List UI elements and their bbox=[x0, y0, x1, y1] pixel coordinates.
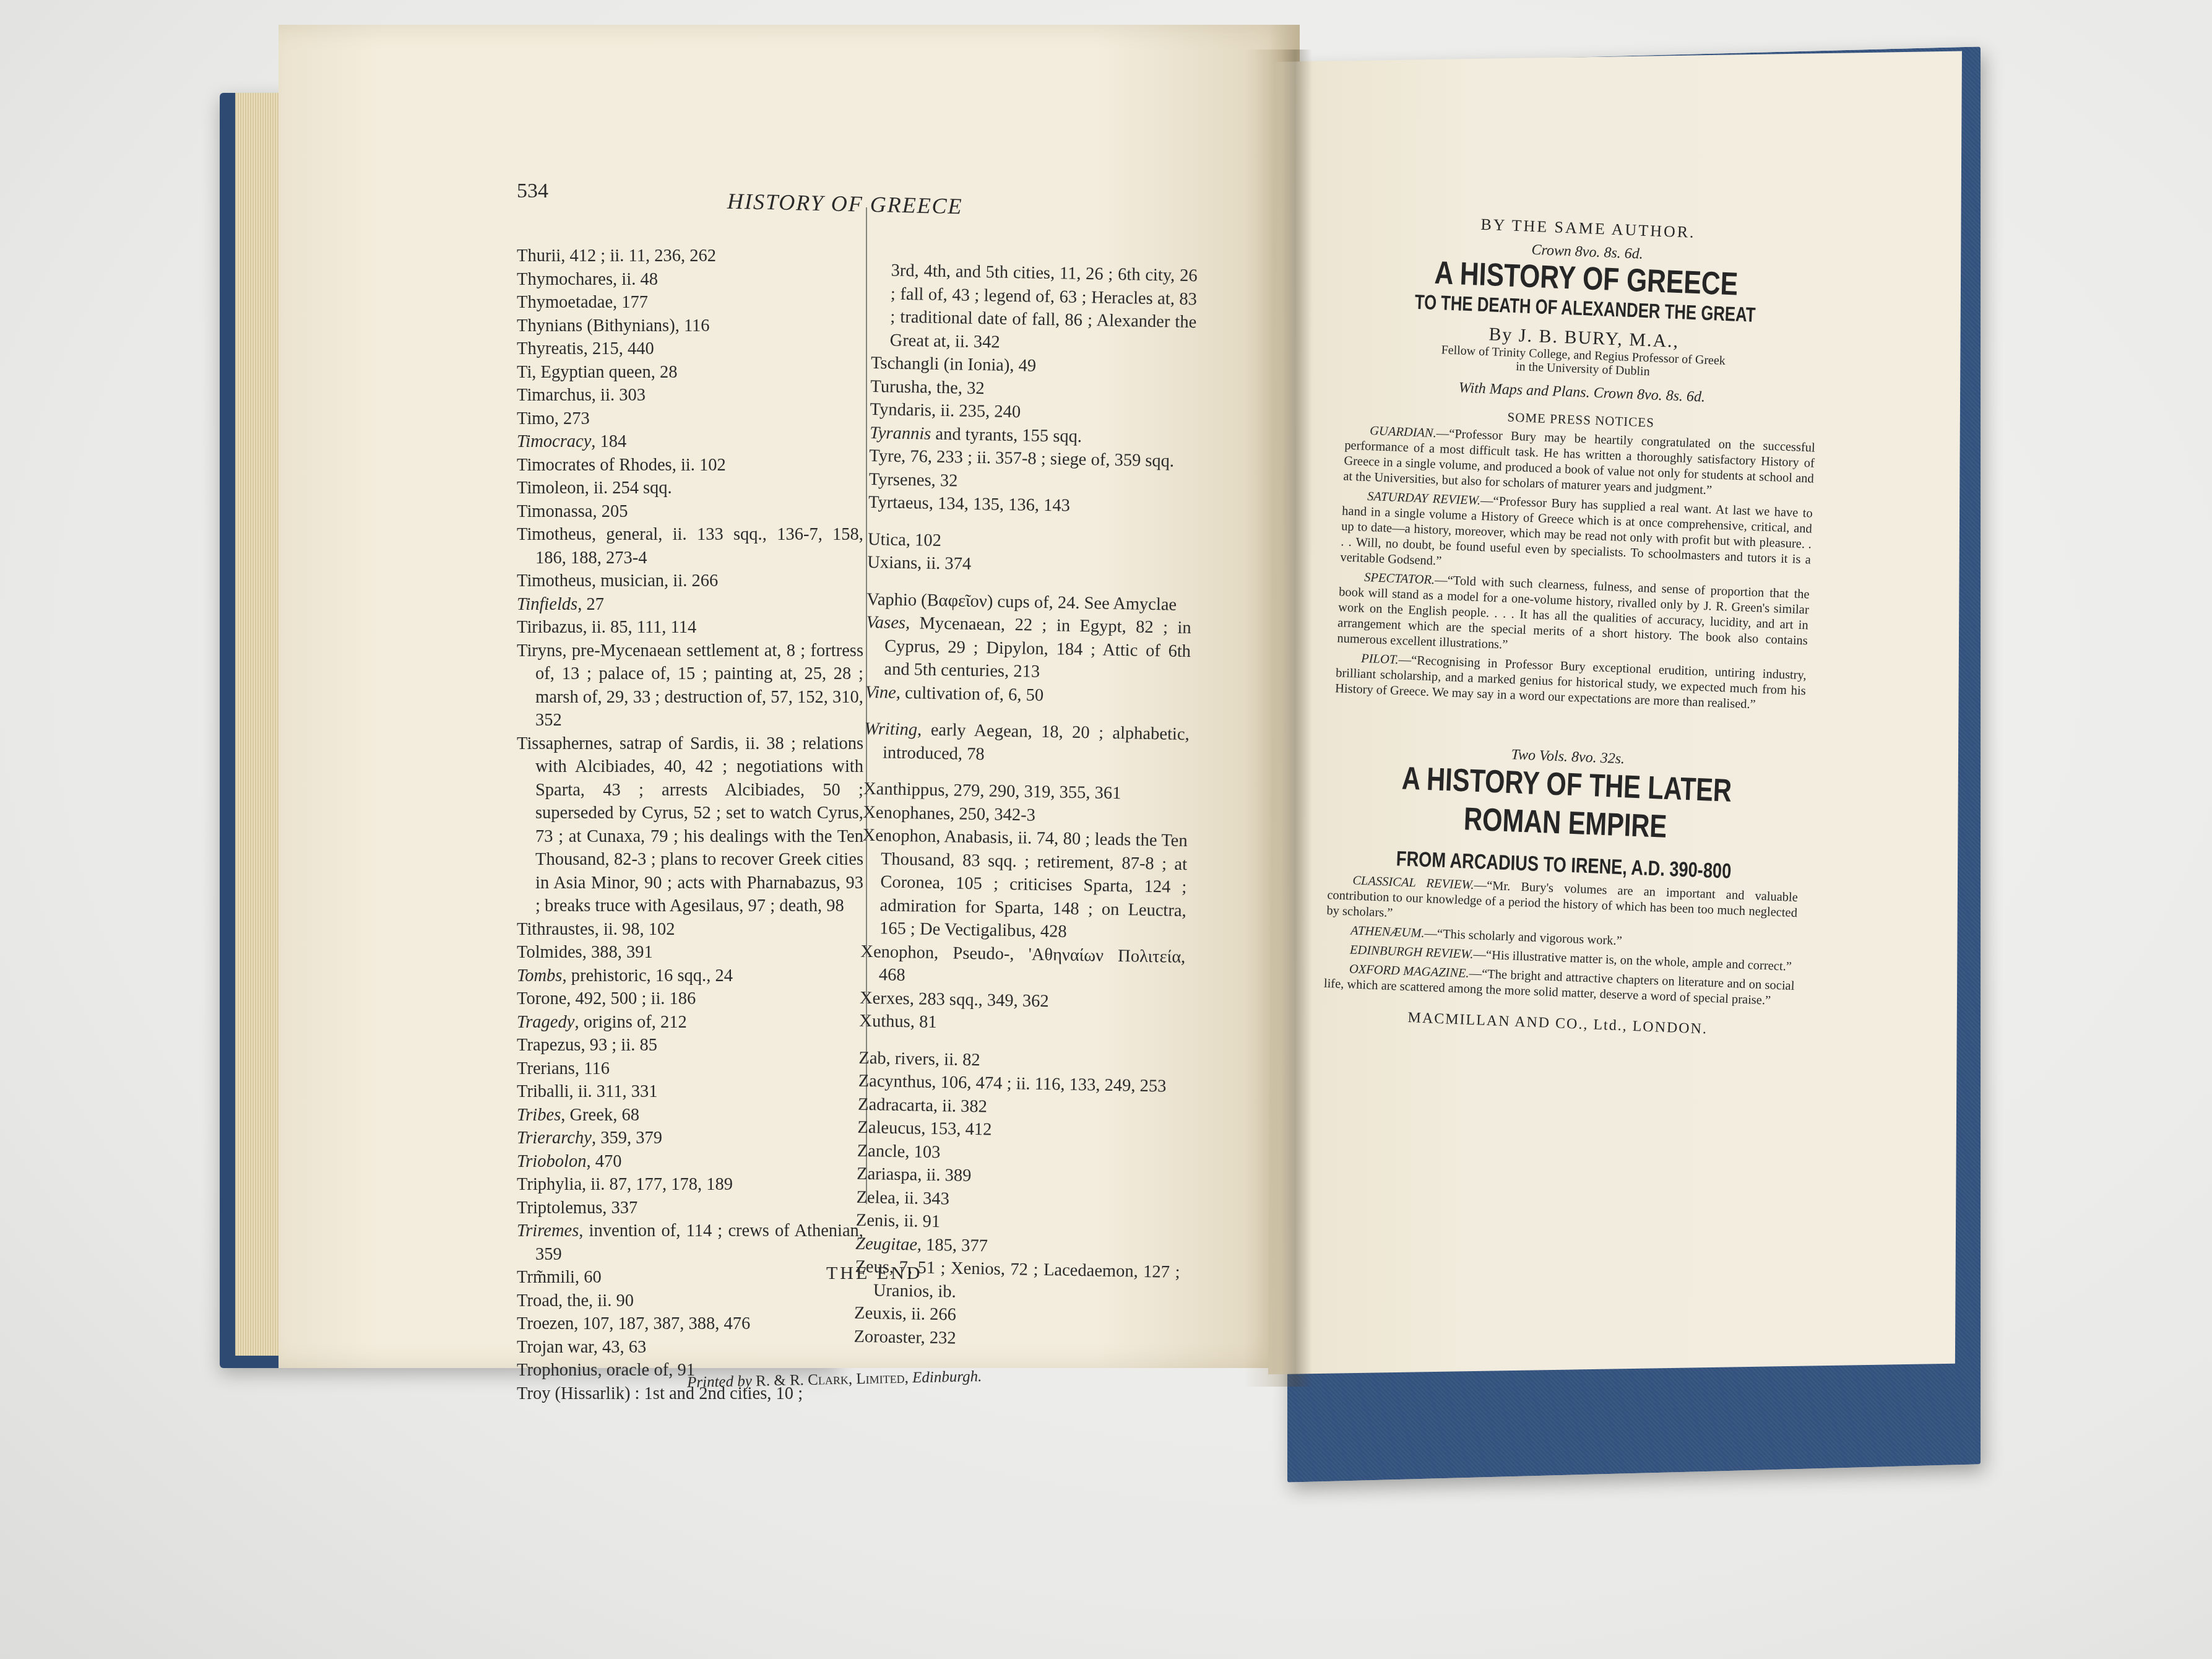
index-entry: Timocrates of Rhodes, ii. 102 bbox=[517, 454, 863, 477]
index-refs: , early Aegean, 18, 20 ; alphabetic, int… bbox=[883, 720, 1190, 763]
index-entry: Tolmides, 388, 391 bbox=[517, 941, 863, 964]
index-refs: , 359, 379 bbox=[592, 1128, 662, 1148]
index-refs: Timonassa, 205 bbox=[517, 502, 628, 521]
index-entry: Tragedy, origins of, 212 bbox=[517, 1011, 863, 1034]
index-entry: Torone, 492, 500 ; ii. 186 bbox=[517, 987, 863, 1011]
index-entry: Timoleon, ii. 254 sqq. bbox=[517, 477, 863, 500]
index-entry: Thurii, 412 ; ii. 11, 236, 262 bbox=[517, 245, 863, 268]
index-refs: Xerxes, 283 sqq., 349, 362 bbox=[860, 988, 1049, 1010]
index-entry: Uxians, ii. 374 bbox=[867, 551, 1193, 580]
notice-quote: —“Professor Bury has supplied a real wan… bbox=[1340, 494, 1813, 568]
notice-source: SPECTATOR. bbox=[1339, 570, 1435, 587]
index-refs: Trerians, 116 bbox=[517, 1059, 610, 1078]
index-refs: Troezen, 107, 187, 387, 388, 476 bbox=[517, 1314, 750, 1333]
index-entry: Triphylia, ii. 87, 177, 178, 189 bbox=[517, 1173, 863, 1197]
index-term: Writing bbox=[864, 719, 917, 739]
index-refs: Timotheus, musician, ii. 266 bbox=[517, 571, 718, 591]
index-refs: Tschangli (in Ionia), 49 bbox=[871, 353, 1037, 376]
index-term: Triobolon bbox=[517, 1152, 586, 1171]
index-term: Vine bbox=[865, 682, 897, 702]
running-head: 534 HISTORY OF GREECE bbox=[517, 180, 1309, 217]
page-edges bbox=[235, 93, 279, 1356]
index-refs: Ti, Egyptian queen, 28 bbox=[517, 363, 677, 382]
index-refs: Xanthippus, 279, 290, 319, 355, 361 bbox=[863, 779, 1121, 803]
index-refs: Zariaspa, ii. 389 bbox=[857, 1164, 972, 1185]
index-column-left: Thurii, 412 ; ii. 11, 236, 262Thymochare… bbox=[517, 245, 863, 1405]
index-refs: Triballi, ii. 311, 331 bbox=[517, 1082, 658, 1101]
index-entry: Triremes, invention of, 114 ; crews of A… bbox=[517, 1219, 863, 1266]
index-entry: Trerians, 116 bbox=[517, 1057, 863, 1081]
notice-source: PILOT. bbox=[1336, 651, 1399, 667]
index-refs: Trm̃mili, 60 bbox=[517, 1268, 602, 1287]
index-refs: Triptolemus, 337 bbox=[517, 1198, 637, 1218]
index-entry: Tissaphernes, satrap of Sardis, ii. 38 ;… bbox=[517, 732, 863, 918]
press-notice: SATURDAY REVIEW.—“Professor Bury has sup… bbox=[1340, 488, 1813, 583]
index-entry: Thymochares, ii. 48 bbox=[517, 268, 863, 292]
index-refs: 3rd, 4th, and 5th cities, 11, 26 ; 6th c… bbox=[889, 261, 1197, 352]
index-refs: , Greek, 68 bbox=[561, 1106, 639, 1125]
index-refs: Utica, 102 bbox=[868, 529, 941, 550]
index-refs: Tyrsenes, 32 bbox=[869, 469, 958, 490]
index-entry: Tiryns, pre-Mycenaean settlement at, 8 ;… bbox=[517, 639, 863, 732]
book-gutter bbox=[1244, 50, 1312, 1387]
index-entry: Ti, Egyptian queen, 28 bbox=[517, 361, 863, 384]
index-term: Vases bbox=[866, 613, 905, 633]
index-entry: Timarchus, ii. 303 bbox=[517, 384, 863, 407]
index-refs: Timoleon, ii. 254 sqq. bbox=[517, 479, 672, 498]
index-refs: Tiryns, pre-Mycenaean settlement at, 8 ;… bbox=[517, 641, 863, 730]
index-entry: Writing, early Aegean, 18, 20 ; alphabet… bbox=[864, 717, 1190, 769]
index-refs: Xenophanes, 250, 342-3 bbox=[863, 802, 1035, 825]
index-entry: Tinfields, 27 bbox=[517, 593, 863, 617]
index-refs: Tyndaris, ii. 235, 240 bbox=[870, 400, 1021, 422]
index-refs: Tissaphernes, satrap of Sardis, ii. 38 ;… bbox=[517, 734, 863, 916]
index-refs: Zacynthus, 106, 474 ; ii. 116, 133, 249,… bbox=[858, 1072, 1167, 1096]
index-entry: Trm̃mili, 60 bbox=[517, 1266, 863, 1289]
index-refs: Zab, rivers, ii. 82 bbox=[858, 1048, 980, 1069]
index-entry: Thymoetadae, 177 bbox=[517, 291, 863, 314]
index-entry: Vases, Mycenaean, 22 ; in Egypt, 82 ; in… bbox=[865, 611, 1191, 687]
index-entry: Xenophon, Pseudo-, 'Αθηναίων Πολιτεία, 4… bbox=[860, 940, 1185, 992]
index-term: Tragedy bbox=[517, 1013, 574, 1032]
index-refs: Thymochares, ii. 48 bbox=[517, 270, 658, 289]
index-refs: Tithraustes, ii. 98, 102 bbox=[517, 920, 675, 939]
printer-name: R. & R. Clark, Limited, bbox=[756, 1369, 909, 1389]
index-entry: Troezen, 107, 187, 387, 388, 476 bbox=[517, 1312, 863, 1336]
index-refs: Xuthus, 81 bbox=[859, 1011, 937, 1032]
index-refs: Thurii, 412 ; ii. 11, 236, 262 bbox=[517, 246, 716, 266]
press-notice: SPECTATOR.—“Told with such clearness, fu… bbox=[1337, 569, 1810, 664]
notice-source: EDINBURGH REVIEW. bbox=[1325, 942, 1474, 961]
index-refs: Trapezus, 93 ; ii. 85 bbox=[517, 1036, 657, 1055]
index-refs: Trophonius, oracle of, 91 bbox=[517, 1361, 695, 1380]
index-refs: , 184 bbox=[591, 432, 626, 451]
index-entry: Thynians (Bithynians), 116 bbox=[517, 314, 863, 338]
index-entry: Troad, the, ii. 90 bbox=[517, 1289, 863, 1313]
index-refs: Timocrates of Rhodes, ii. 102 bbox=[517, 456, 726, 475]
index-refs: Tyrtaeus, 134, 135, 136, 143 bbox=[868, 493, 1070, 516]
index-entry: Tiribazus, ii. 85, 111, 114 bbox=[517, 616, 863, 639]
the-end: THE END bbox=[826, 1263, 922, 1284]
page-number: 534 bbox=[517, 180, 548, 203]
index-term: Zeugitae bbox=[855, 1234, 917, 1254]
index-refs: Trojan war, 43, 63 bbox=[517, 1338, 646, 1357]
notice-quote: —“Recognising in Professor Bury exceptio… bbox=[1335, 653, 1807, 711]
index-refs: Zeuxis, ii. 266 bbox=[854, 1304, 956, 1325]
index-refs: Zancle, 103 bbox=[857, 1141, 941, 1161]
index-refs: , Mycenaean, 22 ; in Egypt, 82 ; in Cypr… bbox=[884, 613, 1191, 682]
index-refs: Zaleucus, 153, 412 bbox=[857, 1118, 992, 1140]
index-entry: Trierarchy, 359, 379 bbox=[517, 1127, 863, 1150]
index-entry: Tribes, Greek, 68 bbox=[517, 1104, 863, 1127]
index-entry: 3rd, 4th, and 5th cities, 11, 26 ; 6th c… bbox=[871, 259, 1198, 357]
index-entry: Xuthus, 81 bbox=[859, 1010, 1185, 1039]
index-term: Tombs bbox=[517, 966, 562, 985]
index-entry: Timocracy, 184 bbox=[517, 430, 863, 454]
index-entry: Trojan war, 43, 63 bbox=[517, 1336, 863, 1359]
index-entry: Xenophon, Anabasis, ii. 74, 80 ; leads t… bbox=[861, 824, 1188, 946]
index-entry: Triballi, ii. 311, 331 bbox=[517, 1080, 863, 1104]
index-refs: Xenophon, Anabasis, ii. 74, 80 ; leads t… bbox=[862, 826, 1187, 942]
index-entry: Thyreatis, 215, 440 bbox=[517, 337, 863, 361]
index-refs: Turusha, the, 32 bbox=[870, 376, 985, 397]
index-term: Tyrannis bbox=[870, 423, 931, 443]
index-entry: Triobolon, 470 bbox=[517, 1150, 863, 1174]
index-entry: Timotheus, general, ii. 133 sqq., 136-7,… bbox=[517, 523, 863, 570]
index-entry: Timotheus, musician, ii. 266 bbox=[517, 570, 863, 593]
printer-place: Edinburgh. bbox=[912, 1368, 982, 1386]
index-refs: Xenophon, Pseudo-, 'Αθηναίων Πολιτεία, 4… bbox=[860, 942, 1185, 985]
index-refs: , prehistoric, 16 sqq., 24 bbox=[562, 966, 732, 985]
index-refs: Zoroaster, 232 bbox=[853, 1327, 956, 1348]
index-column-right: 3rd, 4th, and 5th cities, 11, 26 ; 6th c… bbox=[853, 259, 1198, 1354]
index-refs: , 27 bbox=[577, 595, 604, 614]
index-term: Timocracy bbox=[517, 432, 591, 451]
index-refs: Zadracarta, ii. 382 bbox=[858, 1094, 987, 1116]
index-entry: Timonassa, 205 bbox=[517, 500, 863, 524]
notice-source: ATHENÆUM. bbox=[1326, 923, 1425, 940]
index-refs: Torone, 492, 500 ; ii. 186 bbox=[517, 989, 696, 1008]
index-entry: Trapezus, 93 ; ii. 85 bbox=[517, 1034, 863, 1057]
index-refs: Timarchus, ii. 303 bbox=[517, 386, 646, 405]
index-refs: , invention of, 114 ; crews of Athenian,… bbox=[535, 1221, 863, 1264]
index-refs: , cultivation of, 6, 50 bbox=[896, 683, 1044, 704]
book1-press-notices: GUARDIAN.—“Professor Bury may be heartil… bbox=[1335, 422, 1815, 714]
index-refs: , 470 bbox=[586, 1152, 621, 1171]
index-refs: Uxians, ii. 374 bbox=[867, 553, 971, 574]
running-head-title: HISTORY OF GREECE bbox=[727, 188, 964, 220]
index-refs: and tyrants, 155 sqq. bbox=[931, 424, 1082, 446]
index-refs: Zelea, ii. 343 bbox=[856, 1187, 949, 1208]
index-refs: Zenis, ii. 91 bbox=[856, 1211, 941, 1231]
index-refs: , origins of, 212 bbox=[574, 1013, 686, 1032]
index-entry: Timo, 273 bbox=[517, 407, 863, 431]
index-refs: Timo, 273 bbox=[517, 409, 590, 428]
index-term: Tinfields bbox=[517, 595, 577, 614]
printer-prefix: Printed by bbox=[687, 1373, 752, 1391]
notice-quote: —“This scholarly and vigorous work.” bbox=[1424, 927, 1622, 948]
index-refs: Thynians (Bithynians), 116 bbox=[517, 316, 710, 336]
index-term: Tribes bbox=[517, 1106, 561, 1125]
book2-press-notices: CLASSICAL REVIEW.—“Mr. Bury's volumes ar… bbox=[1323, 872, 1798, 1010]
index-refs: Thyreatis, 215, 440 bbox=[517, 339, 654, 358]
notice-source: GUARDIAN. bbox=[1345, 423, 1437, 440]
index-refs: Thymoetadae, 177 bbox=[517, 293, 648, 312]
index-term: Triremes bbox=[517, 1221, 579, 1241]
index-term: Trierarchy bbox=[517, 1128, 592, 1148]
index-refs: Vaphio (Βαφεῖον) cups of, 24. See Amycla… bbox=[866, 589, 1177, 614]
index-entry: Tithraustes, ii. 98, 102 bbox=[517, 918, 863, 942]
index-entry: Tombs, prehistoric, 16 sqq., 24 bbox=[517, 964, 863, 988]
index-entry: Tyrtaeus, 134, 135, 136, 143 bbox=[868, 491, 1194, 520]
index-refs: Timotheus, general, ii. 133 sqq., 136-7,… bbox=[517, 525, 863, 568]
index-refs: Triphylia, ii. 87, 177, 178, 189 bbox=[517, 1175, 733, 1194]
index-refs: , 185, 377 bbox=[917, 1235, 988, 1255]
index-refs: Troad, the, ii. 90 bbox=[517, 1291, 634, 1310]
index-refs: Tyre, 76, 233 ; ii. 357-8 ; siege of, 35… bbox=[869, 446, 1174, 471]
index-entry: Triptolemus, 337 bbox=[517, 1197, 863, 1220]
index-refs: Tiribazus, ii. 85, 111, 114 bbox=[517, 618, 696, 637]
index-entry: Vine, cultivation of, 6, 50 bbox=[865, 680, 1190, 709]
index-refs: Tolmides, 388, 391 bbox=[517, 943, 653, 962]
